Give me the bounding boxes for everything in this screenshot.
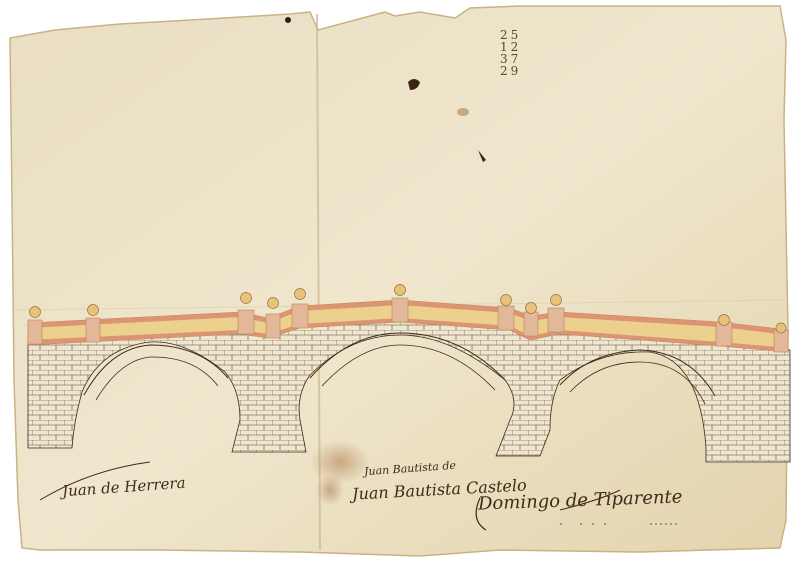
folio-number: 29 [500, 66, 521, 78]
folio-numbers: 25 12 37 29 [500, 30, 521, 78]
manuscript-sheet: 25 12 37 29 Juan de Herrera Juan Bautist… [0, 0, 800, 577]
